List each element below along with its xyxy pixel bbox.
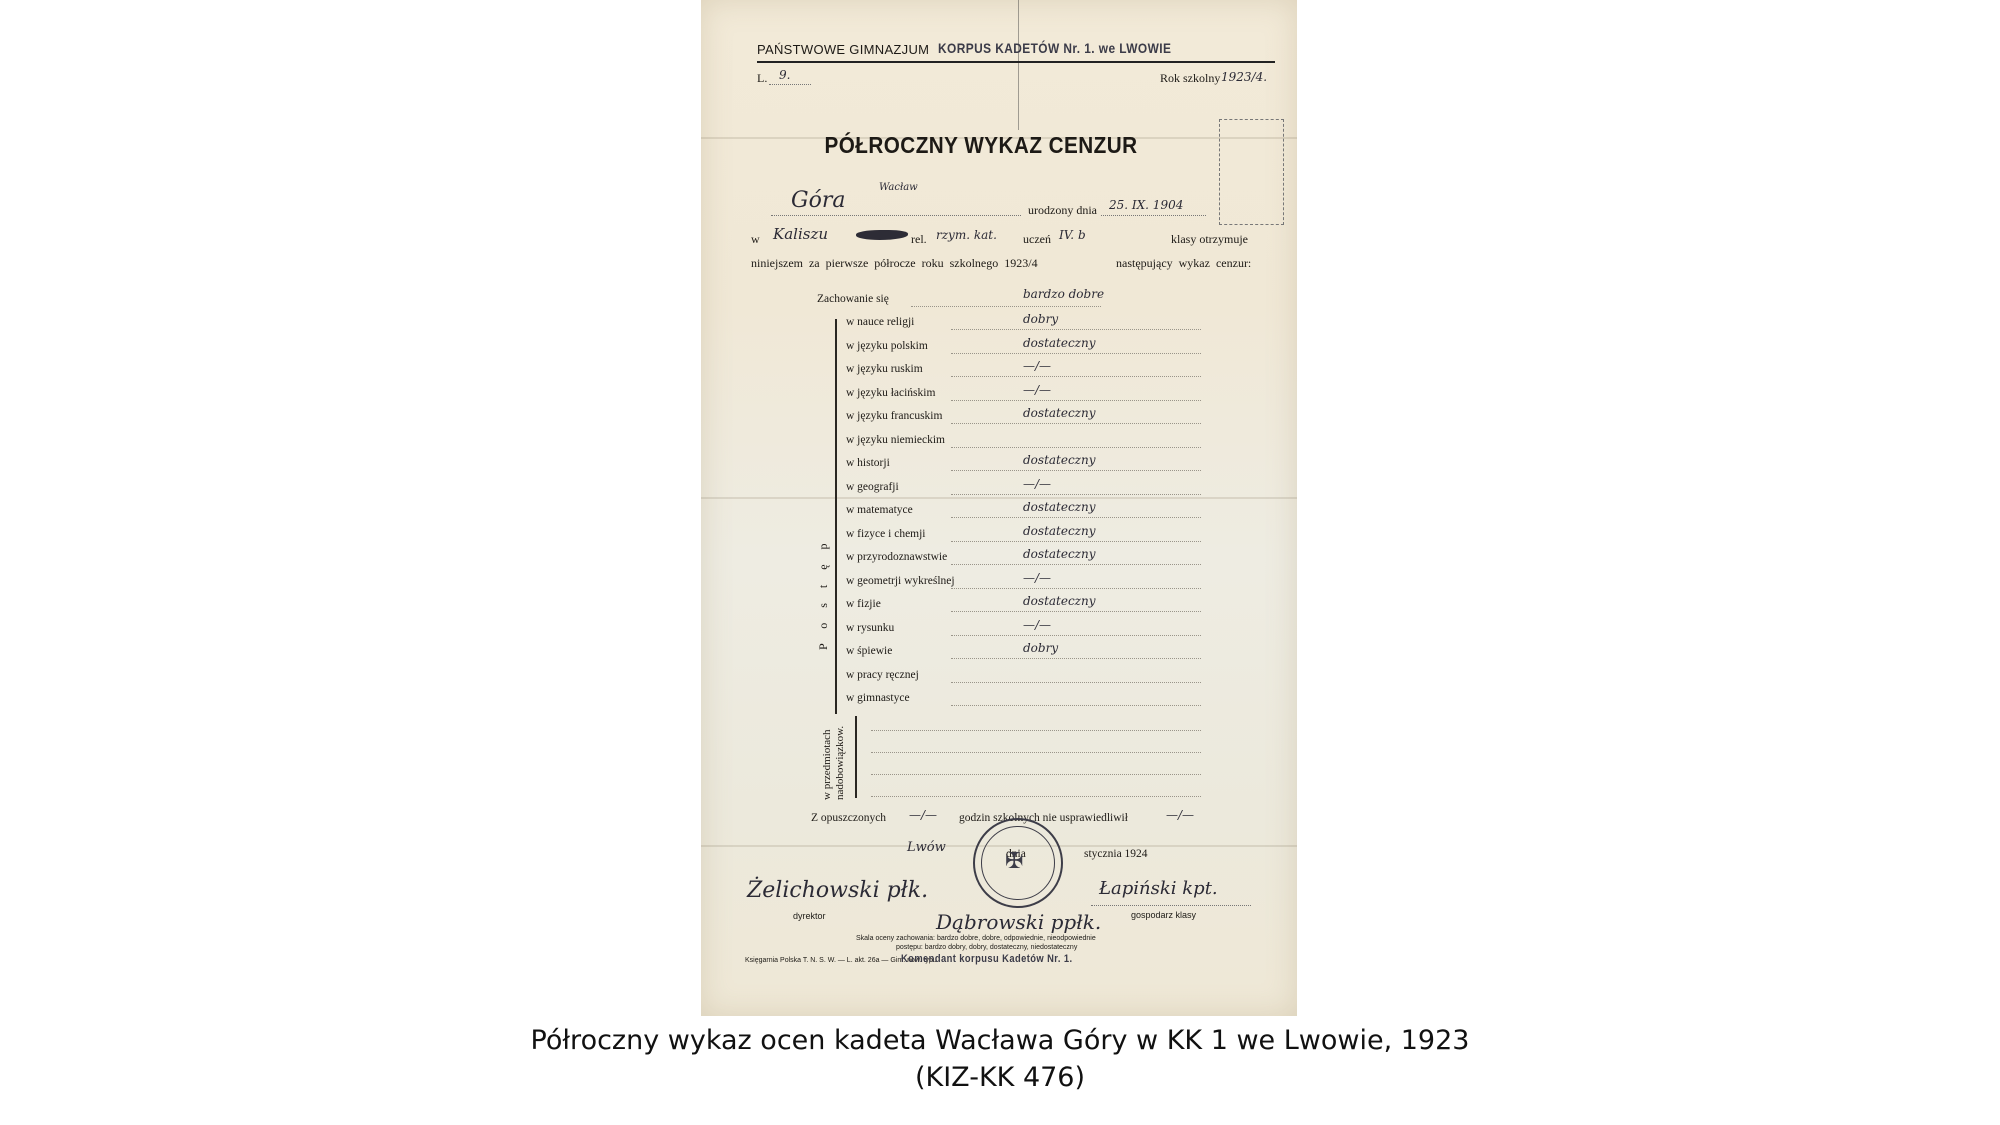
subject-label: w języku niemieckim xyxy=(846,434,945,446)
conduct-grade: bardzo dobre xyxy=(1023,287,1104,301)
subject-grade: dostateczny xyxy=(1023,524,1096,538)
commandant-stamp: Komendant korpusu Kadetów Nr. 1. xyxy=(901,953,1073,965)
scale-line-2: postępu: bardzo dobry, dobry, dostateczn… xyxy=(896,944,1077,951)
row-dots xyxy=(951,564,1201,565)
absence-value-2: —/— xyxy=(1166,808,1194,822)
class-suffix: klasy otrzymuje xyxy=(1171,232,1248,247)
subject-grade: —/— xyxy=(1023,477,1051,491)
row-dots xyxy=(951,329,1201,330)
subject-grade: dobry xyxy=(1023,312,1058,326)
subject-label: w języku ruskim xyxy=(846,363,923,375)
class-master-dots xyxy=(1091,905,1251,906)
class-value: IV. b xyxy=(1059,228,1086,242)
row-dots xyxy=(951,353,1201,354)
subject-grade: dostateczny xyxy=(1023,406,1096,420)
class-master-label: gospodarz klasy xyxy=(1131,910,1196,920)
subject-grade: —/— xyxy=(1023,571,1051,585)
number-value: 9. xyxy=(779,68,790,82)
director-signature: Żelichowski płk. xyxy=(747,878,928,903)
extra-row xyxy=(871,774,1201,775)
extra-label-2: nadobowiązkow. xyxy=(834,726,846,800)
subject-grade: —/— xyxy=(1023,383,1051,397)
row-dots xyxy=(951,635,1201,636)
extra-subjects-label: w przedmiotach nadobowiązkow. xyxy=(821,726,847,800)
row-dots xyxy=(951,494,1201,495)
absence-prefix: Z opuszczonych xyxy=(811,812,886,824)
caption-line-2: (KIZ-KK 476) xyxy=(0,1059,2000,1096)
subject-grade: —/— xyxy=(1023,359,1051,373)
religion-label: rel. xyxy=(911,232,927,247)
subject-label: w gimnastyce xyxy=(846,692,910,704)
extra-row xyxy=(871,752,1201,753)
subject-label: w matematyce xyxy=(846,504,913,516)
caption-line-1: Półroczny wykaz ocen kadeta Wacława Góry… xyxy=(0,1022,2000,1059)
student-surname: Góra xyxy=(791,188,845,213)
number-dots xyxy=(769,84,811,85)
place-value: Kaliszu xyxy=(773,225,828,243)
intro-line: niniejszem za pierwsze półrocze roku szk… xyxy=(751,256,1038,271)
class-master-signature: Łapiński kpt. xyxy=(1099,878,1218,899)
row-dots xyxy=(951,658,1201,659)
scale-line-1: Skala oceny zachowania: bardzo dobre, do… xyxy=(856,935,1096,942)
row-dots xyxy=(951,400,1201,401)
official-seal: ✠ xyxy=(973,818,1063,908)
subject-label: w języku francuskim xyxy=(846,410,942,422)
subject-grade: dobry xyxy=(1023,641,1058,655)
subject-label: w języku łacińskim xyxy=(846,387,935,399)
subject-grade: dostateczny xyxy=(1023,547,1096,561)
subject-grade: dostateczny xyxy=(1023,500,1096,514)
row-dots xyxy=(951,705,1201,706)
date-month-year: stycznia 1924 xyxy=(1084,848,1148,860)
subject-label: w historji xyxy=(846,457,890,469)
extra-row xyxy=(871,796,1201,797)
school-stamp: KORPUS KADETÓW Nr. 1. we LWOWIE xyxy=(938,40,1171,56)
fold-line-vertical xyxy=(1018,0,1019,130)
row-dots xyxy=(951,611,1201,612)
born-value: 25. IX. 1904 xyxy=(1109,198,1183,212)
row-dots xyxy=(951,682,1201,683)
subject-label: w fizyce i chemji xyxy=(846,528,926,540)
subject-label: w pracy ręcznej xyxy=(846,669,919,681)
row-dots xyxy=(951,541,1201,542)
ink-blot xyxy=(856,230,908,240)
subject-label: w śpiewie xyxy=(846,645,892,657)
extra-bracket xyxy=(855,716,857,798)
director-label: dyrektor xyxy=(793,911,826,921)
eagle-icon: ✠ xyxy=(1005,848,1023,874)
place-prefix: w xyxy=(751,232,760,247)
subject-grade: dostateczny xyxy=(1023,594,1096,608)
name-dots xyxy=(771,215,1021,216)
subject-label: w fizjie xyxy=(846,598,881,610)
subject-label: w przyrodoznawstwie xyxy=(846,551,947,563)
fold-line xyxy=(701,497,1297,499)
subject-label: w rysunku xyxy=(846,622,894,634)
date-place: Lwów xyxy=(907,840,946,855)
row-dots xyxy=(951,517,1201,518)
extra-label-1: w przedmiotach xyxy=(821,729,833,800)
row-dots xyxy=(951,447,1201,448)
absence-middle: godzin szkolnych nie usprawiedliwił xyxy=(959,812,1128,824)
photo-box xyxy=(1219,119,1284,225)
school-year-label: Rok szkolny xyxy=(1160,71,1220,86)
born-label: urodzony dnia xyxy=(1028,203,1097,218)
row-dots xyxy=(951,470,1201,471)
progress-bracket xyxy=(835,319,837,714)
student-first-name: Wacław xyxy=(879,182,918,193)
conduct-label: Zachowanie się xyxy=(817,293,889,305)
subject-label: w geometrji wykreślnej xyxy=(846,575,955,587)
school-prefix: PAŃSTWOWE GIMNAZJUM xyxy=(757,42,929,57)
intro-suffix: następujący wykaz cenzur: xyxy=(1116,256,1251,271)
commandant-signature: Dąbrowski ppłk. xyxy=(936,910,1101,934)
certificate-document: PAŃSTWOWE GIMNAZJUM KORPUS KADETÓW Nr. 1… xyxy=(701,0,1297,1016)
subject-label: w geografji xyxy=(846,481,899,493)
subject-grade: —/— xyxy=(1023,618,1051,632)
absence-value-1: —/— xyxy=(909,808,937,822)
subject-label: w języku polskim xyxy=(846,340,928,352)
row-dots xyxy=(911,306,1101,307)
pupil-label: uczeń xyxy=(1023,232,1051,247)
religion-value: rzym. kat. xyxy=(936,228,997,242)
subject-grade: dostateczny xyxy=(1023,453,1096,467)
born-dots xyxy=(1101,215,1206,216)
progress-label: P o s t ę p xyxy=(816,537,831,650)
document-title: PÓŁROCZNY WYKAZ CENZUR xyxy=(810,132,1152,159)
row-dots xyxy=(951,423,1201,424)
extra-row xyxy=(871,730,1201,731)
header-rule xyxy=(757,61,1275,63)
row-dots xyxy=(951,376,1201,377)
number-label: L. xyxy=(757,71,767,86)
school-year-value: 1923/4. xyxy=(1221,70,1267,84)
subject-grade: dostateczny xyxy=(1023,336,1096,350)
subject-label: w nauce religji xyxy=(846,316,914,328)
row-dots xyxy=(951,588,1201,589)
